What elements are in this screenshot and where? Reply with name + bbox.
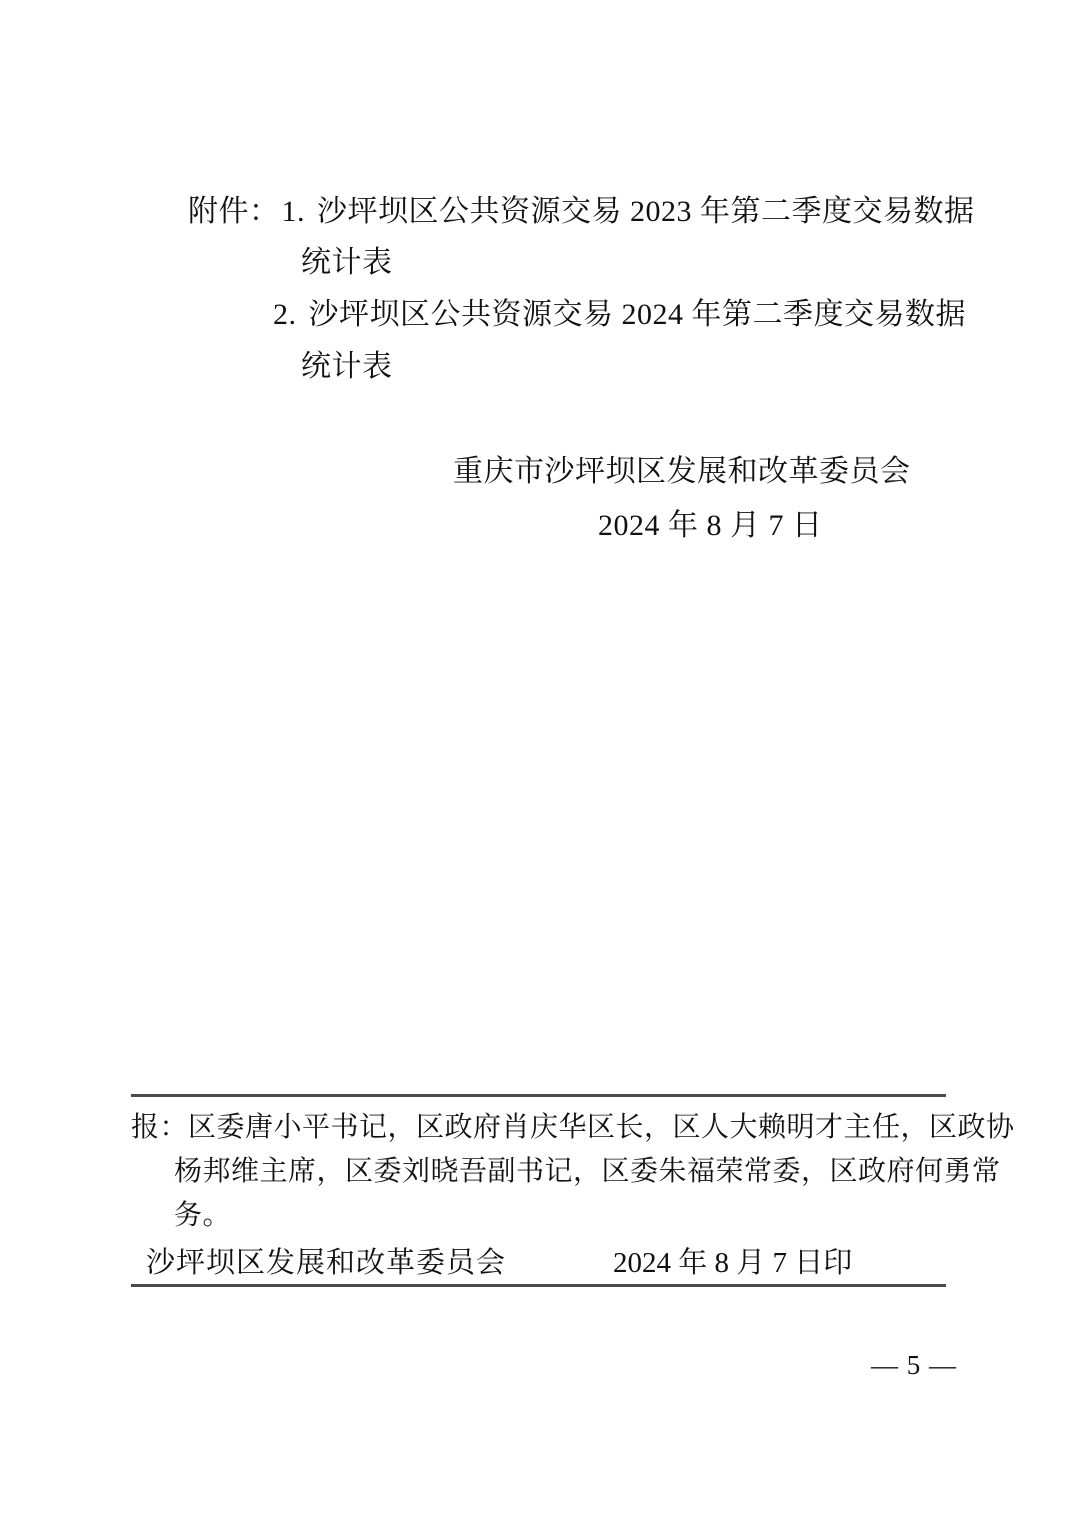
attachment-item-1-number: 1. [282,195,306,228]
attachment-item-1-line-2: 统计表 [301,248,393,278]
footer-top-rule [131,1094,946,1097]
cc-line-1: 报：区委唐小平书记，区政府肖庆华区长，区人大赖明才主任，区政协 [131,1113,1015,1141]
issuer-name: 沙坪坝区发展和改革委员会 [146,1249,506,1278]
attachment-item-2-title: 沙坪坝区公共资源交易 2024 年第二季度交易数据 [309,298,967,331]
cc-line-3: 务。 [174,1201,231,1229]
signature-date: 2024 年 8 月 7 日 [598,511,823,541]
attachment-item-2-line-1: 2.沙坪坝区公共资源交易 2024 年第二季度交易数据 [273,300,966,330]
attachment-item-1-line-1: 附件：1.沙坪坝区公共资源交易 2023 年第二季度交易数据 [188,197,975,227]
attachment-item-1-title: 沙坪坝区公共资源交易 2023 年第二季度交易数据 [317,195,975,228]
document-page: 附件：1.沙坪坝区公共资源交易 2023 年第二季度交易数据 统计表 2.沙坪坝… [0,0,1074,1520]
cc-line-2: 杨邦维主席，区委刘晓吾副书记，区委朱福荣常委，区政府何勇常 [174,1157,1001,1185]
signature-org: 重庆市沙坪坝区发展和改革委员会 [453,457,911,487]
page-number: — 5 — [864,1352,964,1379]
attachment-label: 附件： [188,195,280,228]
footer-bottom-rule [131,1284,946,1287]
attachment-item-2-number: 2. [273,298,297,331]
attachment-item-2-line-2: 统计表 [301,352,393,382]
print-date: 2024 年 8 月 7 日印 [613,1249,852,1278]
